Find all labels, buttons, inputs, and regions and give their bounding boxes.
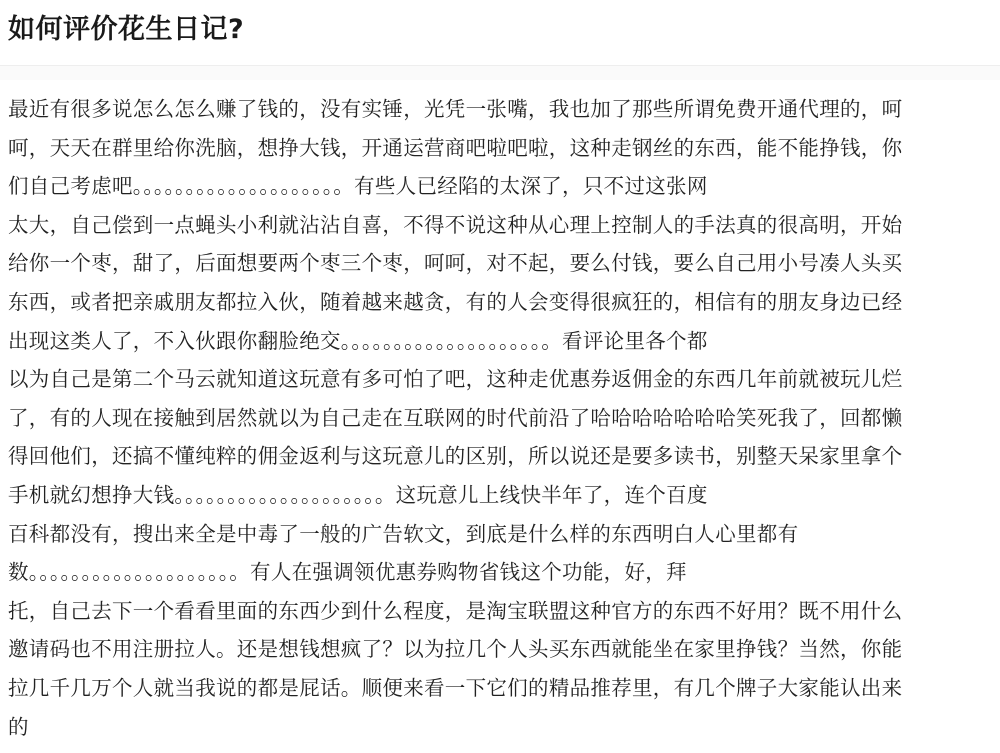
answer-text-line: 以为自己是第二个马云就知道这玩意有多可怕了吧，这种走优惠券返佣金的东西几年前就被… [8,360,988,399]
answer-body: 最近有很多说怎么怎么赚了钱的，没有实锤，光凭一张嘴，我也加了那些所谓免费开通代理… [0,80,1000,746]
answer-text-line: 呵，天天在群里给你洗脑，想挣大钱，开通运营商吧啦吧啦，这种走钢丝的东西，能不能挣… [8,129,988,168]
answer-text-line: 了，有的人现在接触到居然就以为自己走在互联网的时代前沿了哈哈哈哈哈哈哈笑死我了，… [8,399,988,438]
question-title: 如何评价花生日记? [8,10,1000,50]
answer-text-line: 的 [8,708,988,747]
answer-text-line: 拉几千几万个人就当我说的都是屁话。顺便来看一下它们的精品推荐里，有几个牌子大家能… [8,669,988,708]
answer-text-line: 手机就幻想挣大钱。。。。。。。。。。。。。。。。。。。。这玩意儿上线快半年了，连… [8,476,988,515]
answer-text-line: 托，自己去下一个看看里面的东西少到什么程度，是淘宝联盟这种官方的东西不好用？既不… [8,592,988,631]
answer-text-line: 们自己考虑吧。。。。。。。。。。。。。。。。。。。。有些人已经陷的太深了，只不过… [8,167,988,206]
answer-text-line: 给你一个枣，甜了，后面想要两个枣三个枣，呵呵，对不起，要么付钱，要么自己用小号凑… [8,244,988,283]
answer-text-line: 数。。。。。。。。。。。。。。。。。。。。有人在强调领优惠券购物省钱这个功能，好… [8,553,988,592]
answer-text-line: 邀请码也不用注册拉人。还是想钱想疯了？以为拉几个人头买东西就能坐在家里挣钱？当然… [8,630,988,669]
answer-text-line: 出现这类人了，不入伙跟你翻脸绝交。。。。。。。。。。。。。。。。。。。。看评论里… [8,322,988,361]
answer-text-line: 得回他们，还搞不懂纯粹的佣金返利与这玩意儿的区别，所以说还是要多读书，别整天呆家… [8,437,988,476]
header-divider [0,66,1000,80]
answer-text-line: 东西，或者把亲戚朋友都拉入伙，随着越来越贪，有的人会变得很疯狂的，相信有的朋友身… [8,283,988,322]
answer-text-line: 太大，自己偿到一点蝇头小利就沾沾自喜，不得不说这种从心理上控制人的手法真的很高明… [8,206,988,245]
answer-text-line: 百科都没有，搜出来全是中毒了一般的广告软文，到底是什么样的东西明白人心里都有 [8,515,988,554]
answer-text-line: 最近有很多说怎么怎么赚了钱的，没有实锤，光凭一张嘴，我也加了那些所谓免费开通代理… [8,90,988,129]
question-header: 如何评价花生日记? [0,0,1000,66]
